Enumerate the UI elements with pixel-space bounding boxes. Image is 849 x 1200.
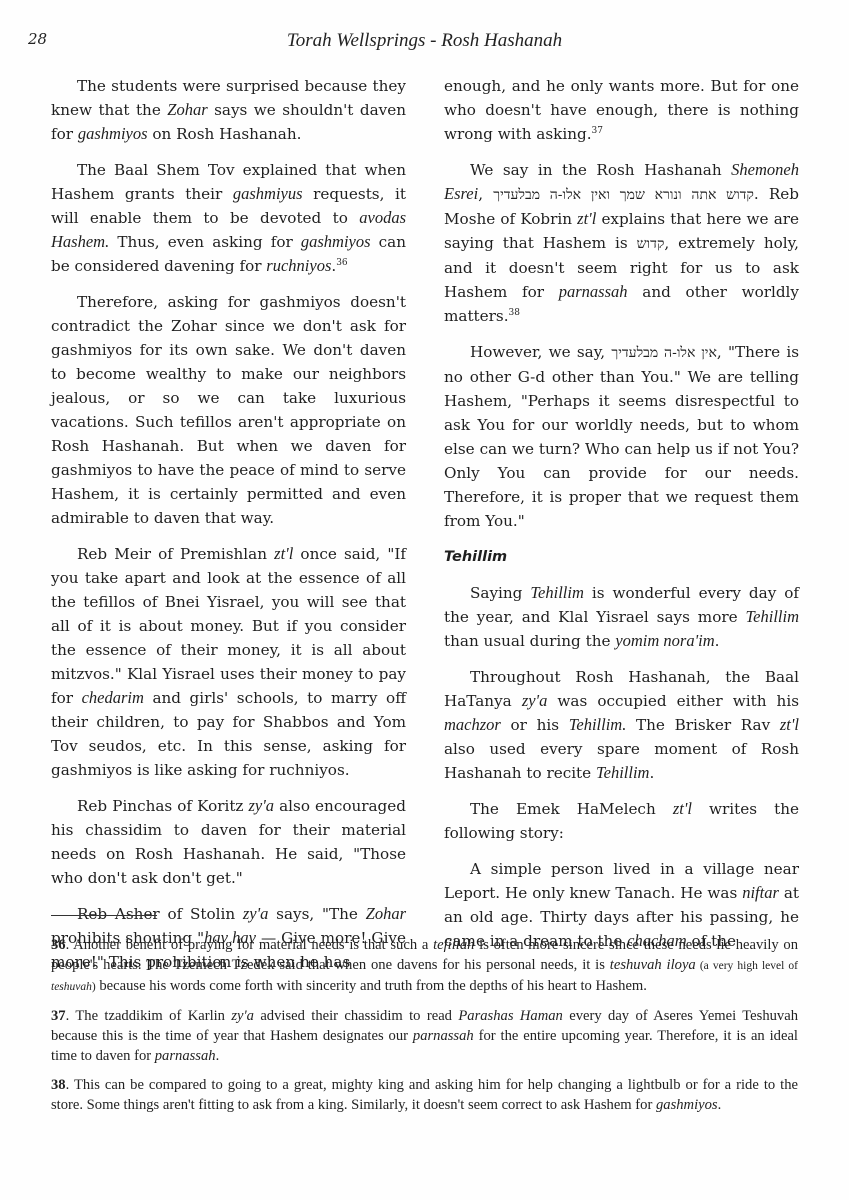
italic-term: yomim nora'im (615, 631, 714, 650)
footnote-number: 38 (51, 1077, 66, 1093)
text-run: advised their chassidim to read (254, 1008, 458, 1024)
footnote-ref-38[interactable]: 38 (509, 308, 520, 318)
paragraph: The Emek HaMelech zt'l writes the follow… (444, 797, 799, 845)
footnote-38: 38. This can be compared to going to a g… (51, 1075, 798, 1115)
text-run: (a very high level of (696, 960, 798, 972)
paragraph-continued: enough, and he only wants more. But for … (444, 74, 799, 146)
italic-term: gashmiyos (78, 124, 148, 143)
text-run: . Another benefit of praying for materia… (66, 937, 433, 953)
footnote-37: 37. The tzaddikim of Karlin zy'a advised… (51, 1006, 798, 1066)
running-title: Torah Wellsprings - Rosh Hashanah (28, 30, 821, 52)
text-run: , "There is no other G-d other than You.… (444, 343, 799, 530)
italic-term: Tehillim (746, 607, 800, 626)
text-run: or his (501, 716, 569, 734)
section-heading: Tehillim (444, 545, 799, 569)
italic-term: Tehillim. (569, 715, 627, 734)
page-header: 28 Torah Wellsprings - Rosh Hashanah (28, 30, 821, 58)
text-run: , (478, 185, 493, 203)
paragraph: Reb Meir of Premishlan zt'l once said, "… (51, 542, 406, 782)
hebrew-text: אין אלו-ה מבלעדיך (611, 345, 717, 361)
paragraph: Saying Tehillim is wonderful every day o… (444, 581, 799, 653)
italic-term: teshuvah iloya (610, 957, 696, 973)
italic-term: gashmiyos (301, 232, 371, 251)
text-run: . (718, 1097, 722, 1113)
italic-term: Tehillim (530, 583, 584, 602)
text-run: The Emek HaMelech (470, 800, 673, 818)
italic-term: zt'l (673, 799, 692, 818)
left-column: The students were surprised because they… (51, 74, 406, 986)
paragraph: We say in the Rosh Hashanah Shemoneh Esr… (444, 158, 799, 328)
footnote-number: 37 (51, 1008, 66, 1024)
italic-term: teshuvah (51, 981, 92, 993)
italic-term: zt'l (780, 715, 799, 734)
book-page: 28 Torah Wellsprings - Rosh Hashanah The… (0, 0, 849, 1200)
footnote-ref-36[interactable]: 36 (336, 258, 347, 268)
italic-term: zt'l (577, 209, 596, 228)
paragraph: The students were surprised because they… (51, 74, 406, 146)
italic-term: parnassah (559, 282, 628, 301)
text-run: because his words come forth with sincer… (96, 978, 647, 994)
text-run: Reb Meir of Premishlan (77, 545, 274, 563)
text-run: Reb Pinchas of Koritz (77, 797, 249, 815)
text-run: However, we say, (470, 343, 611, 361)
italic-term: chedarim (82, 688, 144, 707)
italic-term: zt'l (274, 544, 293, 563)
italic-term: Tehillim (596, 763, 650, 782)
text-run: . The tzaddikim of Karlin (66, 1008, 232, 1024)
paragraph: Reb Pinchas of Koritz zy'a also encourag… (51, 794, 406, 890)
text-run: says, "The (268, 905, 365, 923)
italic-term: Parashas Haman (458, 1008, 563, 1024)
text-run: on Rosh Hashanah. (148, 125, 302, 143)
italic-term: gashmiyos (656, 1097, 718, 1113)
italic-term: Zohar (167, 100, 207, 119)
text-run: Reb Asher of Stolin (77, 905, 243, 923)
text-run: Thus, even asking for (109, 233, 301, 251)
italic-term: Zohar (366, 904, 406, 923)
footnotes: 36. Another benefit of praying for mater… (51, 935, 798, 1124)
footnote-ref-37[interactable]: 37 (592, 126, 603, 136)
italic-term: zy'a (231, 1008, 254, 1024)
italic-term: machzor (444, 715, 501, 734)
text-run: . (216, 1048, 220, 1064)
text-run: . (715, 632, 720, 650)
text-run: The Brisker Rav (626, 716, 780, 734)
italic-term: niftar (742, 883, 779, 902)
footnote-number: 36 (51, 937, 66, 953)
paragraph: Throughout Rosh Hashanah, the Baal HaTan… (444, 665, 799, 785)
right-column: enough, and he only wants more. But for … (444, 74, 799, 965)
hebrew-text: קדוש (637, 236, 665, 252)
text-run: enough, and he only wants more. But for … (444, 77, 799, 143)
text-run: . (649, 764, 654, 782)
footnote-divider (51, 915, 157, 916)
italic-term: zy'a (522, 691, 548, 710)
text-run: We say in the Rosh Hashanah (470, 161, 731, 179)
italic-term: gashmiyus (233, 184, 303, 203)
italic-term: tefillah (433, 937, 474, 953)
text-run: Saying (470, 584, 530, 602)
italic-term: ruchniyos (266, 256, 331, 275)
hebrew-text: קדוש אתה ונורא שמך ואין אלו-ה מבלעדיך (493, 187, 754, 203)
text-run: than usual during the (444, 632, 615, 650)
italic-term: zy'a (243, 904, 269, 923)
text-run: was occupied either with his (547, 692, 799, 710)
footnote-36: 36. Another benefit of praying for mater… (51, 935, 798, 997)
italic-term: parnassah (413, 1028, 474, 1044)
paragraph: The Baal Shem Tov explained that when Ha… (51, 158, 406, 278)
paragraph: Therefore, asking for gashmiyos doesn't … (51, 290, 406, 530)
italic-term: parnassah (155, 1048, 216, 1064)
paragraph: However, we say, אין אלו-ה מבלעדיך, "The… (444, 340, 799, 533)
italic-term: zy'a (249, 796, 275, 815)
text-run: once said, "If you take apart and look a… (51, 545, 406, 707)
